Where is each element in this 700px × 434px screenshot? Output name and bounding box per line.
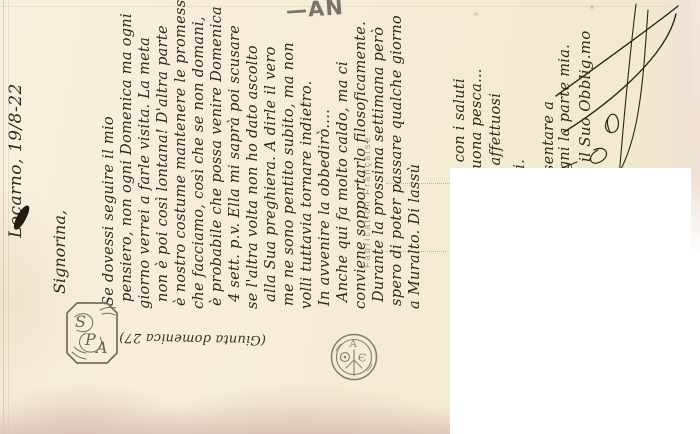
signature-flourish xyxy=(548,0,680,196)
letter-line: me ne sono pentito subito, ma non xyxy=(280,0,298,306)
letter-line: Se dovessi seguire il mio xyxy=(100,0,118,306)
letter-line: giorno verrei a farle visita. La meta xyxy=(136,0,154,309)
letter-line: pensiero, non ogni Domenica ma ogni xyxy=(118,0,136,302)
letter-line: che facciamo, così che se non domani, xyxy=(190,0,208,309)
letter-line: volli tuttavia tornare indietro. xyxy=(298,0,316,309)
letter-line: è probabile che possa venire Domenica xyxy=(208,0,226,306)
card-edge-sliver xyxy=(691,0,700,256)
letter-line: Durante la prossima settimana però xyxy=(370,0,388,302)
letter-line: a Muralto. Di lassù xyxy=(406,0,424,309)
letter-body: Se dovessi seguire il mio pensiero, non … xyxy=(100,0,424,306)
letter-line: spero di poter passare qualche giorno xyxy=(388,0,406,306)
upside-down-annotation: (Giunta domenica 27) xyxy=(126,330,266,347)
letter-line: è nostro costume mantenere le promesse xyxy=(172,0,190,306)
letter-salutation: Signorina, xyxy=(50,210,69,294)
stamp-letter: A xyxy=(349,339,358,350)
letter-line: se l'altra volta non ho dato ascolto xyxy=(244,0,262,309)
scan-mask xyxy=(450,168,700,434)
letter-line: In avvenire la obbedirò.... xyxy=(316,0,334,306)
letter-line: 4 sett. p.v. Ella mi saprà poi scusare xyxy=(226,0,244,302)
letter-line: Anche qui fa molto caldo, ma ci xyxy=(334,0,352,302)
letter-line: non è poi così lontana! D'altra parte xyxy=(154,0,172,302)
printed-fabrication-text: Fabrication Française xyxy=(362,90,372,268)
stamp-letter: S xyxy=(75,312,86,331)
stamp-letter: A xyxy=(94,338,108,357)
postcard-scan: Locarno, 19/8-22 Signorina, Se dovessi s… xyxy=(0,0,700,434)
stamp-letter: Є xyxy=(358,352,366,365)
letter-line: alla Sua preghiera. A dirle il vero xyxy=(262,0,280,302)
pencil-annotation: —AN xyxy=(285,0,344,23)
circular-emblem-stamp-icon: A Є xyxy=(329,332,379,382)
stamp-letter: P xyxy=(84,330,96,349)
spa-monogram-stamp-icon: S P A xyxy=(64,300,120,366)
